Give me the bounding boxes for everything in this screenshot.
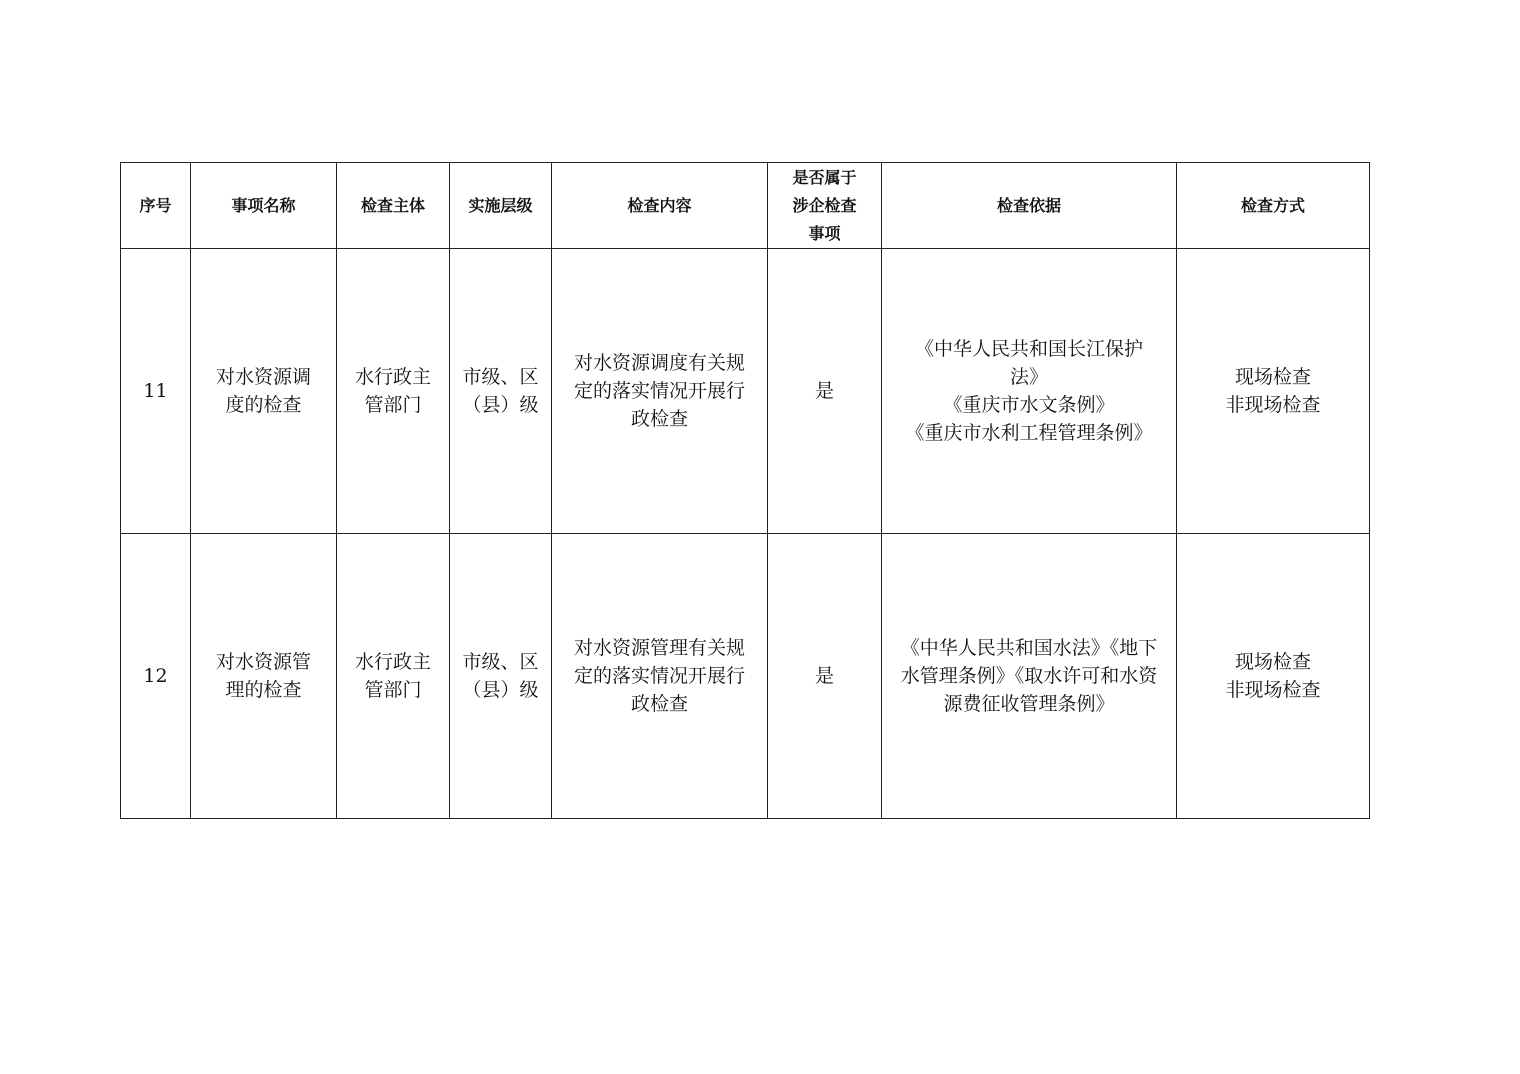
table-row: 11 对水资源调 度的检查 水行政主 管部门 市级、区 （县）级 对水资源调度有… [121,249,1370,534]
header-index: 序号 [121,163,191,249]
header-level: 实施层级 [450,163,552,249]
cell-basis: 《中华人民共和国长江保护 法》 《重庆市水文条例》 《重庆市水利工程管理条例》 [882,249,1177,534]
cell-is-enterprise: 是 [768,534,882,819]
cell-basis: 《中华人民共和国水法》《地下 水管理条例》《取水许可和水资 源费征收管理条例》 [882,534,1177,819]
inspection-items-table: 序号 事项名称 检查主体 实施层级 检查内容 是否属于 涉企检查 事项 检查依据… [120,162,1370,819]
cell-method: 现场检查 非现场检查 [1177,249,1370,534]
header-is-enterprise: 是否属于 涉企检查 事项 [768,163,882,249]
cell-subject: 水行政主 管部门 [337,534,450,819]
cell-index: 12 [121,534,191,819]
cell-subject: 水行政主 管部门 [337,249,450,534]
cell-content: 对水资源管理有关规 定的落实情况开展行 政检查 [552,534,768,819]
cell-index: 11 [121,249,191,534]
table-row: 12 对水资源管 理的检查 水行政主 管部门 市级、区 （县）级 对水资源管理有… [121,534,1370,819]
cell-level: 市级、区 （县）级 [450,534,552,819]
header-subject: 检查主体 [337,163,450,249]
cell-level: 市级、区 （县）级 [450,249,552,534]
header-row: 序号 事项名称 检查主体 实施层级 检查内容 是否属于 涉企检查 事项 检查依据… [121,163,1370,249]
header-content: 检查内容 [552,163,768,249]
header-item-name: 事项名称 [191,163,337,249]
header-basis: 检查依据 [882,163,1177,249]
cell-item-name: 对水资源调 度的检查 [191,249,337,534]
header-method: 检查方式 [1177,163,1370,249]
cell-item-name: 对水资源管 理的检查 [191,534,337,819]
cell-is-enterprise: 是 [768,249,882,534]
cell-content: 对水资源调度有关规 定的落实情况开展行 政检查 [552,249,768,534]
cell-method: 现场检查 非现场检查 [1177,534,1370,819]
